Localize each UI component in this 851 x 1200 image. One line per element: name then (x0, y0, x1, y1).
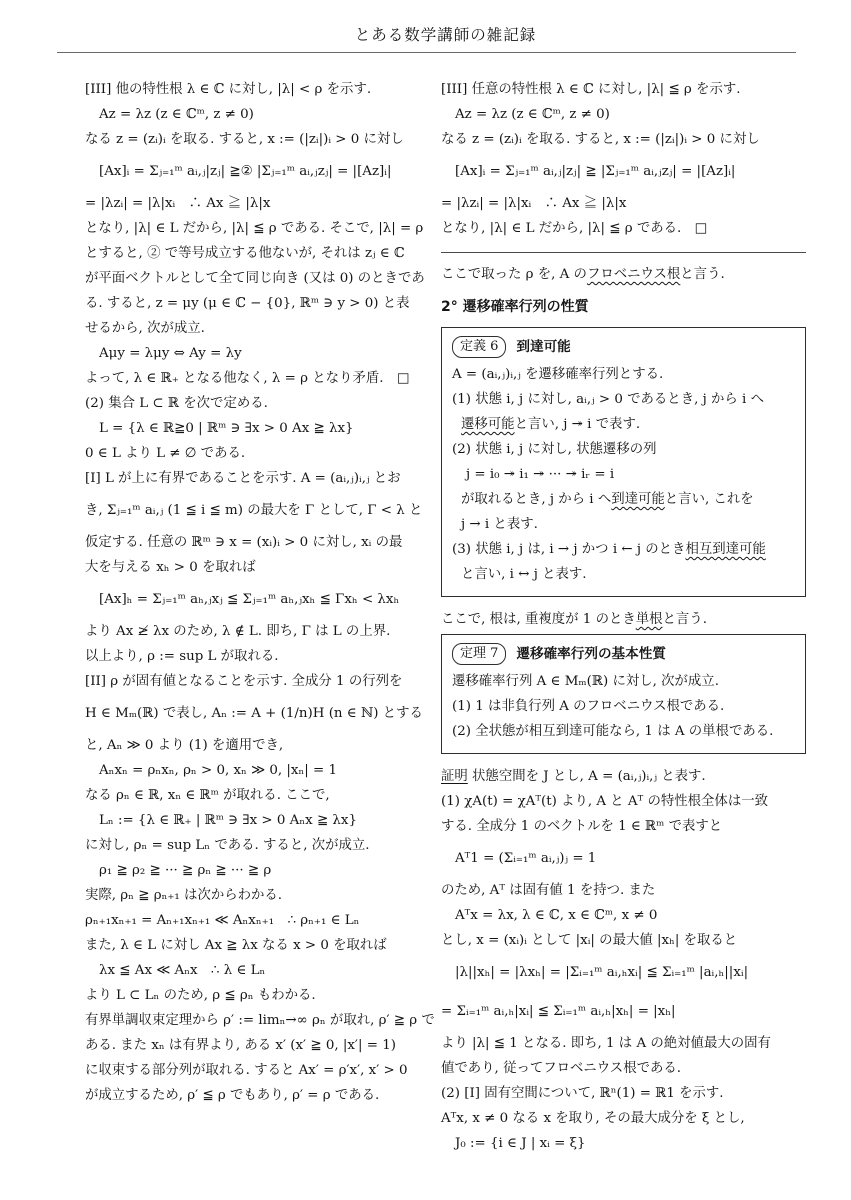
text-line: [II] ρ が固有値となることを示す. 全成分 1 の行列を (85, 669, 431, 694)
theorem-7-box: 定理 7 遷移確率行列の基本性質 遷移確率行列 A ∈ Mₘ(ℝ) に対し, 次… (441, 634, 806, 754)
display-math-line: = |λzᵢ| = |λ|xᵢ ∴ Ax ≧ |λ|x (85, 191, 431, 216)
text-line: [III] 任意の特性根 λ ∈ ℂ に対し, |λ| ≦ ρ を示す. (441, 77, 806, 102)
document-page: とある数学講師の雑記録 [III] 他の特性根 λ ∈ ℂ に対し, |λ| <… (0, 0, 851, 1200)
text-line: また, λ ∈ L に対し Ax ≧ λx なる x > 0 を取れば (85, 933, 431, 958)
text-line: (2) 全状態が相互到達可能なら, 1 は A の単根である. (452, 719, 795, 744)
text-line: より Ax ≱ λx のため, λ ∉ L. 即ち, Γ は L の上界. (85, 619, 431, 644)
definition-6-label: 定義 6 (452, 336, 506, 358)
left-column: [III] 他の特性根 λ ∈ ℂ に対し, |λ| < ρ を示す.Az = … (85, 77, 431, 1108)
text-line: と言い, i ↔ j と表す. (452, 562, 795, 587)
text-line: 以上より, ρ := sup L が取れる. (85, 644, 431, 669)
text-line: Aᵀx, x ≠ 0 なる x を取り, その最大成分を ξ とし, (441, 1106, 806, 1131)
display-math-line: Aᵀ1 = (Σᵢ₌₁ᵐ aᵢ,ⱼ)ⱼ = 1 (441, 839, 806, 878)
text-line: j → i と表す. (452, 512, 795, 537)
text-line: せるから, 次が成立. (85, 316, 431, 341)
definition-6-body: A = (aᵢ,ⱼ)ᵢ,ⱼ を遷移確率行列とする.(1) 状態 i, j に対し… (452, 362, 795, 587)
text-line: なる z = (zᵢ)ᵢ を取る. すると, x := (|zᵢ|)ᵢ > 0 … (85, 127, 431, 152)
text-segment: と言う. (663, 612, 707, 627)
text-line: H ∈ Mₘ(ℝ) で表し, Aₙ := A + (1/n)H (n ∈ ℕ) … (85, 694, 431, 733)
display-math-line: Lₙ := {λ ∈ ℝ₊ | ℝᵐ ∋ ∃x > 0 Aₙx ≧ λx} (85, 808, 431, 833)
frobenius-note-block: ここで取った ρ を, A のフロベニウス根と言う. (441, 262, 806, 287)
wavy-underlined-term: 相互到達可能 (685, 542, 765, 557)
text-segment: 状態空間を J とし, A = (aᵢ,ⱼ)ᵢ,ⱼ と表す. (468, 769, 706, 784)
display-math-line: λx ≦ Ax ≪ Aₙx ∴ λ ∈ Lₙ (85, 958, 431, 983)
text-line: と, Aₙ ≫ 0 より (1) を適用でき, (85, 733, 431, 758)
text-line: よって, λ ∈ ℝ₊ となる他なく, λ = ρ となり矛盾. □ (85, 366, 431, 391)
text-line: (1) χA(t) = χAᵀ(t) より, A と Aᵀ の特性根全体は一致 (441, 789, 806, 814)
text-line: より L ⊂ Lₙ のため, ρ ≦ ρₙ もわかる. (85, 983, 431, 1008)
display-math-line: Aμy = λμy ⇔ Ay = λy (85, 341, 431, 366)
display-math-line: [Ax]ᵢ = Σⱼ₌₁ᵐ aᵢ,ⱼ|zⱼ| ≧② |Σⱼ₌₁ᵐ aᵢ,ⱼzⱼ|… (85, 152, 431, 191)
display-math-line: Aᵀx = λx, λ ∈ ℂ, x ∈ ℂᵐ, x ≠ 0 (441, 903, 806, 928)
display-math-line: ρₙ₊₁xₙ₊₁ = Aₙ₊₁xₙ₊₁ ≪ Aₙxₙ₊₁ ∴ ρₙ₊₁ ∈ Lₙ (85, 908, 431, 933)
text-line: 有界単調収束定理から ρ′ := limₙ→∞ ρₙ が取れ, ρ′ ≧ ρ で (85, 1008, 431, 1033)
definition-6-box: 定義 6 到達可能 A = (aᵢ,ⱼ)ᵢ,ⱼ を遷移確率行列とする.(1) 状… (441, 327, 806, 597)
text-line: (2) 集合 L ⊂ ℝ を次で定める. (85, 391, 431, 416)
text-line: き, Σⱼ₌₁ᵐ aᵢ,ⱼ (1 ≦ i ≦ m) の最大を Γ として, Γ … (85, 491, 431, 530)
text-line: のため, Aᵀ は固有値 1 を持つ. また (441, 878, 806, 903)
display-math-line: J₀ := {i ∈ J | xᵢ = ξ} (441, 1131, 806, 1156)
frobenius-root-note: ここで取った ρ を, A のフロベニウス根と言う. (441, 262, 806, 287)
wavy-underlined-term: 遷移可能 (461, 417, 515, 432)
text-line: なる ρₙ ∈ ℝ, xₙ ∈ ℝᵐ が取れる. ここで, (85, 783, 431, 808)
text-line: (1) 1 は非負行列 A のフロベニウス根である. (452, 694, 795, 719)
text-line: となり, |λ| ∈ L だから, |λ| ≦ ρ である. そこで, |λ| … (85, 216, 431, 241)
wavy-underlined-term: フロベニウス根 (587, 267, 680, 282)
theorem-7-body: 遷移確率行列 A ∈ Mₘ(ℝ) に対し, 次が成立.(1) 1 は非負行列 A… (452, 669, 795, 744)
text-line: 値であり, 従ってフロベニウス根である. (441, 1056, 806, 1081)
display-math-line: Az = λz (z ∈ ℂᵐ, z ≠ 0) (441, 102, 806, 127)
page-header-title: とある数学講師の雑記録 (85, 24, 806, 46)
text-line: となり, |λ| ∈ L だから, |λ| ≦ ρ である. □ (441, 216, 806, 241)
definition-6-header: 定義 6 到達可能 (452, 335, 795, 359)
text-segment: と言う. (680, 267, 724, 282)
theorem-7-label: 定理 7 (452, 643, 506, 665)
display-math-line: L = {λ ∈ ℝ≧0 | ℝᵐ ∋ ∃x > 0 Ax ≧ λx} (85, 416, 431, 441)
text-line: [I] L が上に有界であることを示す. A = (aᵢ,ⱼ)ᵢ,ⱼ とお (85, 466, 431, 491)
display-math-line: = |λzᵢ| = |λ|xᵢ ∴ Ax ≧ |λ|x (441, 191, 806, 216)
text-line: (3) 状態 i, j は, i → j かつ i ← j のとき相互到達可能 (452, 537, 795, 562)
right-column: [III] 任意の特性根 λ ∈ ℂ に対し, |λ| ≦ ρ を示す.Az =… (441, 77, 806, 1156)
underlined-term: 証明 (441, 769, 468, 784)
proof-part3-block: [III] 任意の特性根 λ ∈ ℂ に対し, |λ| ≦ ρ を示す.Az =… (441, 77, 806, 241)
theorem-7-header: 定理 7 遷移確率行列の基本性質 (452, 642, 795, 666)
text-line: が成立するため, ρ′ ≦ ρ でもあり, ρ′ = ρ である. (85, 1083, 431, 1108)
display-math-line: Az = λz (z ∈ ℂᵐ, z ≠ 0) (85, 102, 431, 127)
text-segment: が取れるとき, j から i へ (461, 492, 611, 507)
text-line: に対し, ρₙ = sup Lₙ である. すると, 次が成立. (85, 833, 431, 858)
text-line: 大を与える xₕ > 0 を取れば (85, 555, 431, 580)
section-divider (441, 252, 806, 253)
text-line: る. すると, z = μy (μ ∈ ℂ − {0}, ℝᵐ ∋ y > 0)… (85, 291, 431, 316)
display-math-line: j = i₀ ↠ i₁ ↠ ··· ↠ iᵣ = i (452, 462, 795, 487)
text-segment: (3) 状態 i, j は, i → j かつ i ← j のとき (452, 542, 685, 557)
text-segment: ここで, 根は, 重複度が 1 のとき (441, 612, 636, 627)
text-line: [III] 他の特性根 λ ∈ ℂ に対し, |λ| < ρ を示す. (85, 77, 431, 102)
text-line: より |λ| ≦ 1 となる. 即ち, 1 は A の絶対値最大の固有 (441, 1031, 806, 1056)
wavy-underlined-term: 到達可能 (611, 492, 665, 507)
text-line: に収束する部分列が取れる. すると Ax′ = ρ′x′, x′ > 0 (85, 1058, 431, 1083)
theorem-7-title: 遷移確率行列の基本性質 (516, 642, 666, 666)
text-line: ある. また xₙ は有界より, ある x′ (x′ ≧ 0, |x′| = 1… (85, 1033, 431, 1058)
header-rule (57, 52, 796, 53)
text-line: なる z = (zᵢ)ᵢ を取る. すると, x := (|zᵢ|)ᵢ > 0 … (441, 127, 806, 152)
text-segment: ここで取った ρ を, A の (441, 267, 587, 282)
text-line: とすると, ② で等号成立する他ないが, それは zⱼ ∈ ℂ (85, 241, 431, 266)
definition-6-title: 到達可能 (516, 335, 570, 359)
display-math-line: [Ax]ᵢ = Σⱼ₌₁ᵐ aᵢ,ⱼ|zⱼ| ≧ |Σⱼ₌₁ᵐ aᵢ,ⱼzⱼ| … (441, 152, 806, 191)
wavy-underlined-term: 単根 (636, 612, 663, 627)
display-math-line: [Ax]ₕ = Σⱼ₌₁ᵐ aₕ,ⱼxⱼ ≦ Σⱼ₌₁ᵐ aₕ,ⱼxₕ ≦ Γx… (85, 580, 431, 619)
section-heading: 2° 遷移確率行列の性質 (441, 295, 806, 319)
text-line: する. 全成分 1 のベクトルを 1 ∈ ℝᵐ で表すと (441, 814, 806, 839)
two-column-layout: [III] 他の特性根 λ ∈ ℂ に対し, |λ| < ρ を示す.Az = … (85, 77, 806, 1156)
text-line: 遷移確率行列 A ∈ Mₘ(ℝ) に対し, 次が成立. (452, 669, 795, 694)
display-math-line: = Σᵢ₌₁ᵐ aᵢ,ₕ|xᵢ| ≦ Σᵢ₌₁ᵐ aᵢ,ₕ|xₕ| = |xₕ| (441, 992, 806, 1031)
text-line: (1) 状態 i, j に対し, aᵢ,ⱼ > 0 であるとき, j から i … (452, 387, 795, 412)
proof-theorem-7-block: 証明 状態空間を J とし, A = (aᵢ,ⱼ)ᵢ,ⱼ と表す.(1) χA(… (441, 764, 806, 1156)
proof-start-line: 証明 状態空間を J とし, A = (aᵢ,ⱼ)ᵢ,ⱼ と表す. (441, 764, 806, 789)
text-line: 仮定する. 任意の ℝᵐ ∋ x = (xᵢ)ᵢ > 0 に対し, xᵢ の最 (85, 530, 431, 555)
simple-root-note: ここで, 根は, 重複度が 1 のとき単根と言う. (441, 607, 806, 632)
text-line: が取れるとき, j から i へ到達可能と言い, これを (452, 487, 795, 512)
simple-root-note-block: ここで, 根は, 重複度が 1 のとき単根と言う. (441, 607, 806, 632)
text-line: 0 ∈ L より L ≠ ∅ である. (85, 441, 431, 466)
text-line: とし, x = (xᵢ)ᵢ として |xᵢ| の最大値 |xₕ| を取ると (441, 928, 806, 953)
text-line: が平面ベクトルとして全て同じ向き (又は 0) のときであ (85, 266, 431, 291)
text-line: (2) 状態 i, j に対し, 状態遷移の列 (452, 437, 795, 462)
text-segment: と言い, j ↠ i で表す. (515, 417, 641, 432)
display-math-line: Aₙxₙ = ρₙxₙ, ρₙ > 0, xₙ ≫ 0, |xₙ| = 1 (85, 758, 431, 783)
text-line: A = (aᵢ,ⱼ)ᵢ,ⱼ を遷移確率行列とする. (452, 362, 795, 387)
text-line: 遷移可能と言い, j ↠ i で表す. (452, 412, 795, 437)
display-math-line: ρ₁ ≧ ρ₂ ≧ ··· ≧ ρₙ ≧ ··· ≧ ρ (85, 858, 431, 883)
text-line: (2) [I] 固有空間について, ℝⁿ(1) = ℝ1 を示す. (441, 1081, 806, 1106)
text-line: 実際, ρₙ ≧ ρₙ₊₁ は次からわかる. (85, 883, 431, 908)
text-segment: と言い, これを (665, 492, 754, 507)
display-math-line: |λ||xₕ| = |λxₕ| = |Σᵢ₌₁ᵐ aᵢ,ₕxᵢ| ≦ Σᵢ₌₁ᵐ… (441, 953, 806, 992)
